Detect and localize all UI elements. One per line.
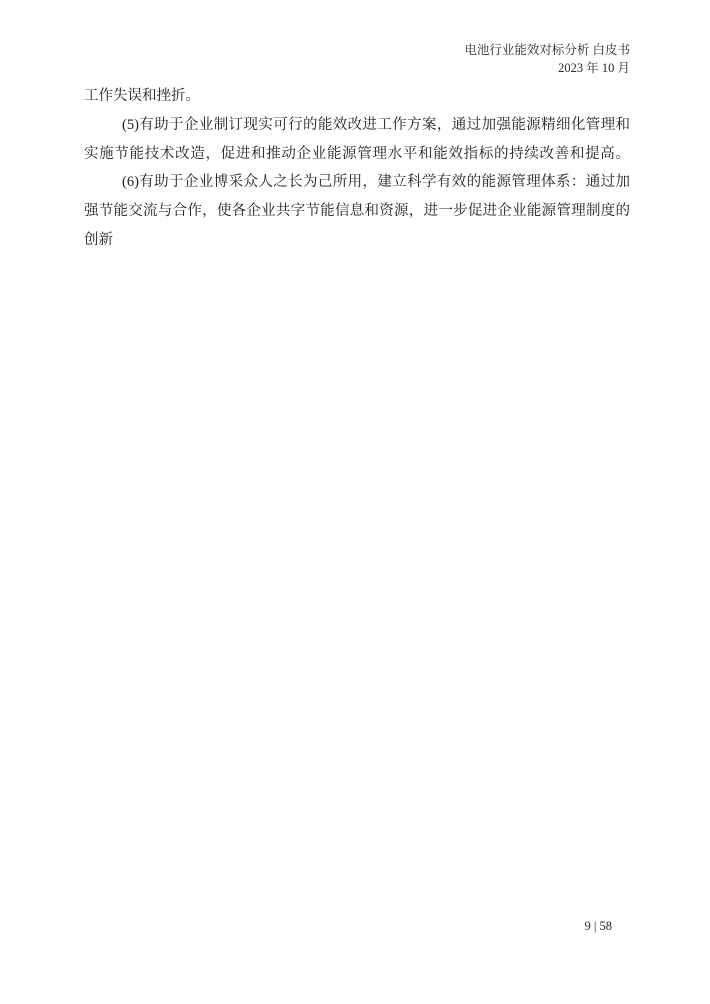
- header-date: 2023 年 10 月: [464, 59, 630, 77]
- page-body: 工作失误和挫折。 (5)有助于企业制订现实可行的能效改进工作方案，通过加强能源精…: [84, 82, 630, 255]
- document-page: 电池行业能效对标分析 白皮书 2023 年 10 月 工作失误和挫折。 (5)有…: [0, 0, 710, 1004]
- body-line-5: 强节能交流与合作，使各企业共字节能信息和资源，进一步促进企业能源管理制度的: [84, 197, 630, 226]
- header-title: 电池行业能效对标分析 白皮书: [464, 41, 630, 59]
- body-line-1: 工作失误和挫折。: [84, 82, 630, 111]
- body-line-6: 创新: [84, 226, 630, 255]
- body-line-4: (6)有助于企业博采众人之长为己所用，建立科学有效的能源管理体系：通过加: [84, 168, 630, 197]
- page-number: 9 | 58: [584, 919, 612, 933]
- body-line-2: (5)有助于企业制订现实可行的能效改进工作方案，通过加强能源精细化管理和: [84, 111, 630, 140]
- page-footer: 9 | 58: [584, 917, 612, 935]
- body-line-3: 实施节能技术改造，促进和推动企业能源管理水平和能效指标的持续改善和提高。: [84, 140, 630, 169]
- page-header: 电池行业能效对标分析 白皮书 2023 年 10 月: [464, 41, 630, 77]
